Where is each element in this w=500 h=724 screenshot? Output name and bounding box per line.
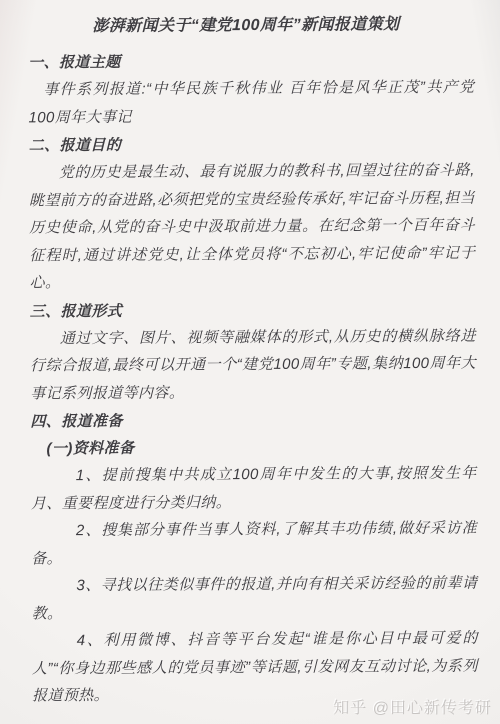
section-2-heading: 二、报道目的 (29, 130, 475, 160)
section-1-paragraph: 事件系列报道:“中华民族千秋伟业 百年恰是风华正茂”共产党100周年大事记 (28, 74, 474, 132)
document-title: 澎湃新闻关于“建党100周年”新闻报道策划 (28, 13, 464, 40)
section-3-paragraph: 通过文字、图片、视频等融媒体的形式,从历史的横纵脉络进行综合报道,最终可以开通一… (30, 322, 476, 407)
section-2-paragraph: 党的历史是最生动、最有说服力的教科书,回望过往的奋斗路,眺望前方的奋进路,必须把… (29, 157, 476, 297)
section-4-heading: 四、报道准备 (30, 406, 476, 436)
notebook-page: 澎湃新闻关于“建党100周年”新闻报道策划 一、报道主题 事件系列报道:“中华民… (0, 0, 500, 724)
watermark: 知乎 @田心新传考研 (333, 695, 492, 718)
section-4-item-1: 1、提前搜集中共成立100周年中发生的大事,按照发生年月、重要程度进行分类归纳。 (31, 460, 477, 518)
section-4-subheading: (一)资料准备 (46, 433, 476, 463)
section-4-item-3: 3、寻找以往类似事件的报道,并向有相关采访经验的前辈请教。 (31, 570, 477, 628)
document-content: 澎湃新闻关于“建党100周年”新闻报道策划 一、报道主题 事件系列报道:“中华民… (28, 13, 478, 710)
section-1-heading: 一、报道主题 (28, 47, 474, 77)
section-3-heading: 三、报道形式 (30, 295, 476, 325)
section-4-item-2: 2、搜集部分事件当事人资料,了解其丰功伟绩,做好采访准备。 (31, 515, 477, 573)
